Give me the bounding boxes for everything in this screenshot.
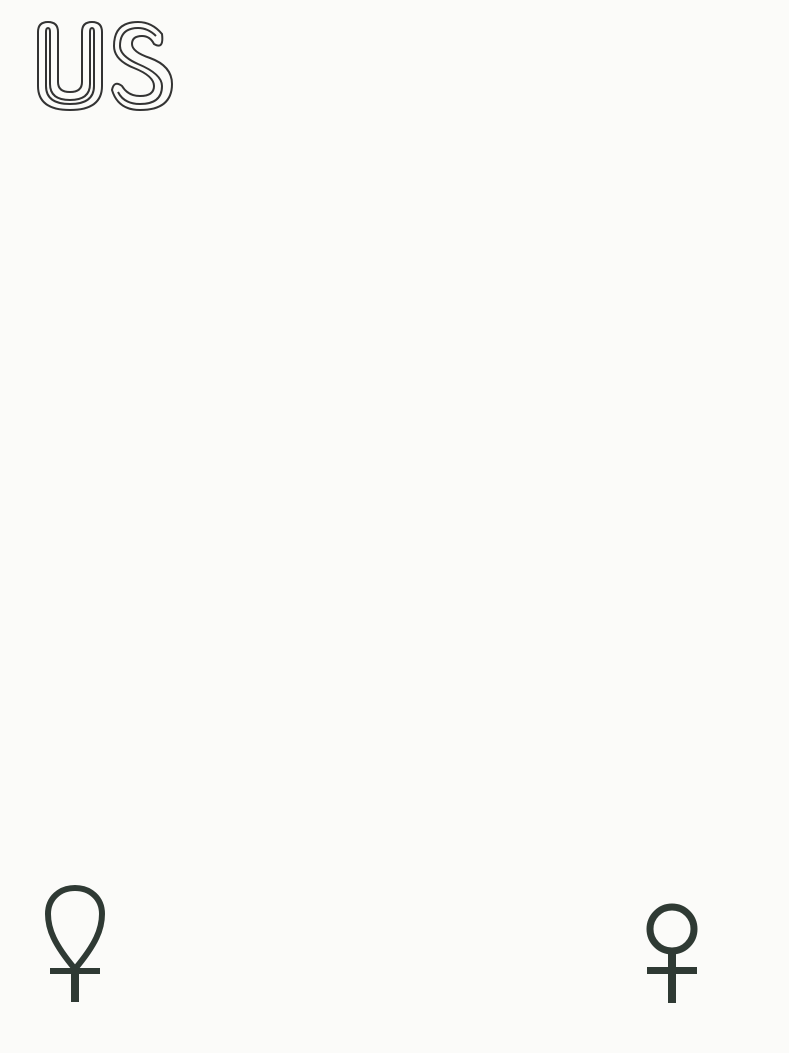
venus-symbol-icon [644, 903, 700, 1007]
ankh-icon [44, 884, 106, 1008]
diamond-row-divider-icon [165, 688, 558, 698]
us-logo-icon [34, 20, 184, 112]
